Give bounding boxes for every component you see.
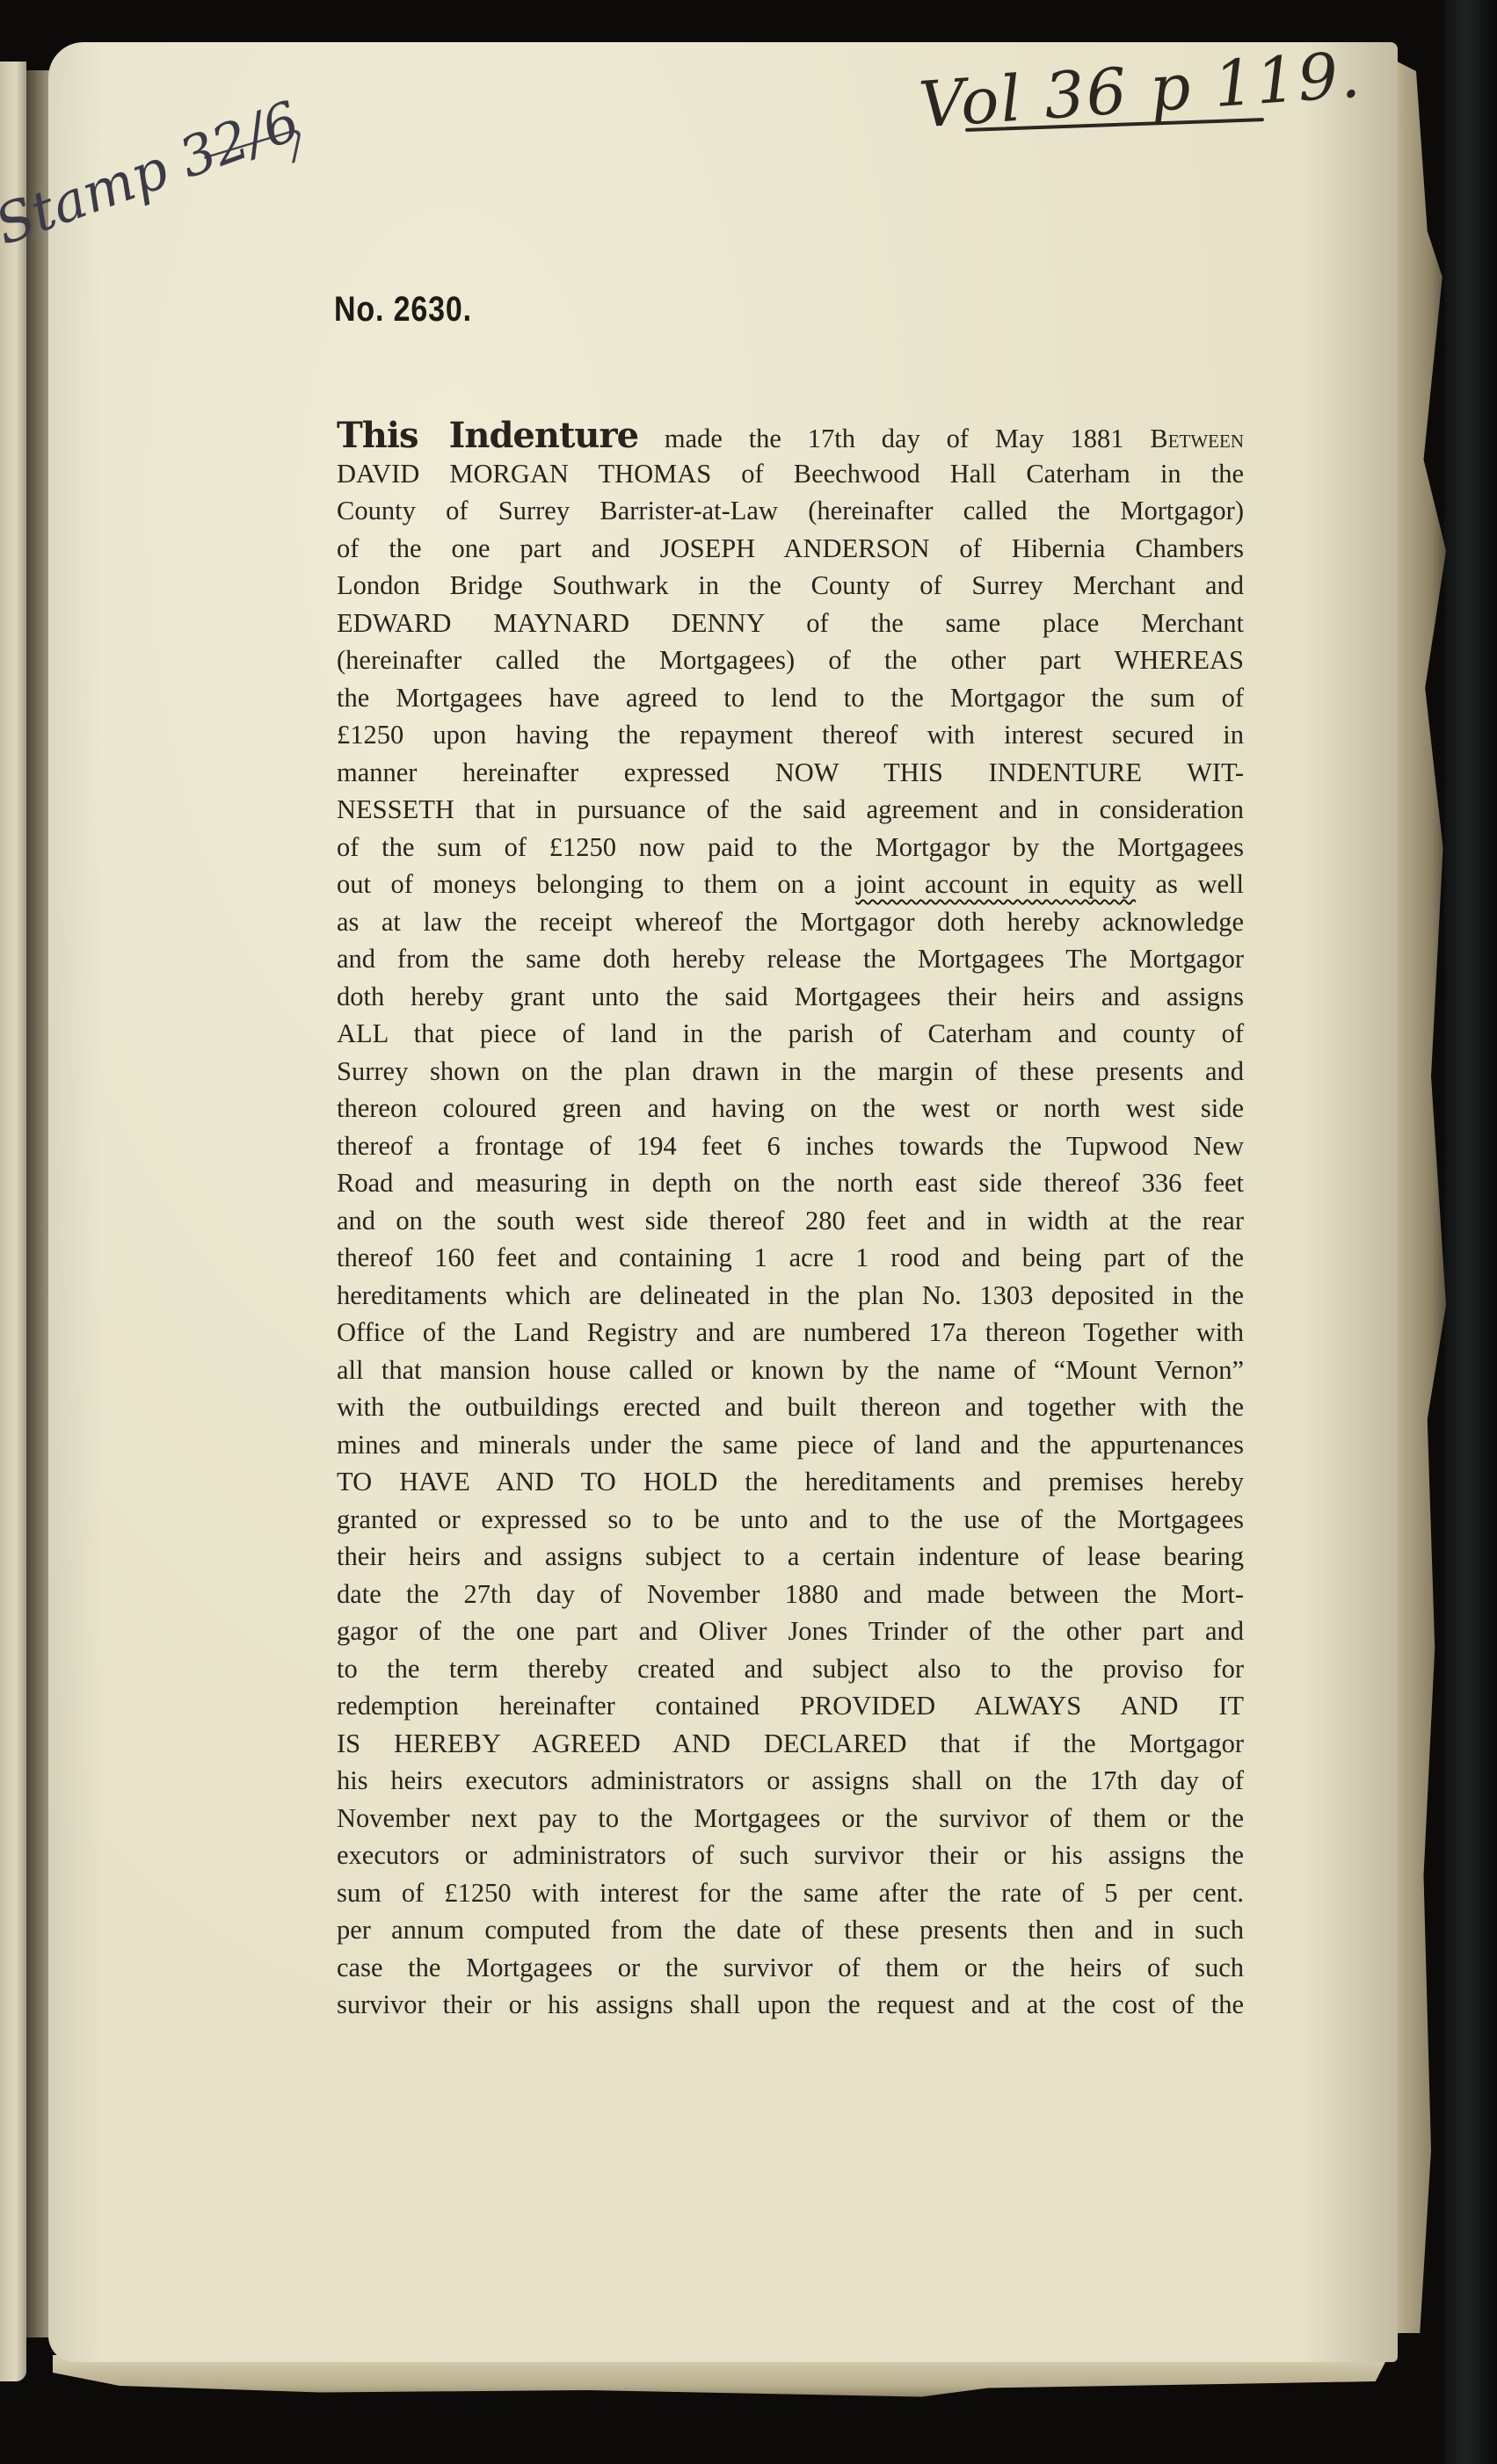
book-binding <box>1444 0 1497 2464</box>
text-line: manner hereinafter expressed NOW THIS IN… <box>337 754 1244 792</box>
text-line: gagor of the one part and Oliver Jones T… <box>337 1612 1244 1650</box>
text-line: and from the same doth hereby release th… <box>337 940 1244 978</box>
text-line: out of moneys belonging to them on a joi… <box>337 866 1244 903</box>
text-segment: out of moneys belonging to them on a <box>337 869 856 899</box>
text-line: £1250 upon having the repayment thereof … <box>337 716 1244 754</box>
text-line: per annum computed from the date of thes… <box>337 1911 1244 1949</box>
text-line: (hereinafter called the Mortgagees) of t… <box>337 641 1244 679</box>
text-line: thereof a frontage of 194 feet 6 inches … <box>337 1127 1244 1165</box>
handwritten-underlined-phrase: joint account in equity <box>856 869 1136 899</box>
text-line: TO HAVE AND TO HOLD the hereditaments an… <box>337 1463 1244 1501</box>
text-line: of the one part and JOSEPH ANDERSON of H… <box>337 530 1244 568</box>
text-line: the Mortgagees have agreed to lend to th… <box>337 679 1244 717</box>
text-line: hereditaments which are delineated in th… <box>337 1277 1244 1315</box>
text-line: NESSETH that in pursuance of the said ag… <box>337 791 1244 829</box>
text-line: mines and minerals under the same piece … <box>337 1426 1244 1464</box>
text-line: case the Mortgagees or the survivor of t… <box>337 1949 1244 1987</box>
document-number: No. 2630. <box>334 290 472 330</box>
text-line: to the term thereby created and subject … <box>337 1650 1244 1688</box>
text-line: of the sum of £1250 now paid to the Mort… <box>337 829 1244 866</box>
text-segment: made the 17th day of May 1881 <box>638 424 1150 453</box>
text-line: London Bridge Southwark in the County of… <box>337 567 1244 605</box>
text-line: ALL that piece of land in the parish of … <box>337 1015 1244 1053</box>
text-line: their heirs and assigns subject to a cer… <box>337 1538 1244 1576</box>
text-line: thereof 160 feet and containing 1 acre 1… <box>337 1239 1244 1277</box>
text-line: IS HEREBY AGREED AND DECLARED that if th… <box>337 1725 1244 1763</box>
text-line: granted or expressed so to be unto and t… <box>337 1501 1244 1539</box>
text-line: executors or administrators of such surv… <box>337 1837 1244 1874</box>
text-line: and on the south west side thereof 280 f… <box>337 1202 1244 1240</box>
heading-blackletter: This Indenture <box>337 415 638 456</box>
text-segment: as well <box>1136 869 1244 899</box>
indenture-body: This Indenture made the 17th day of May … <box>337 417 1244 2024</box>
text-line: DAVID MORGAN THOMAS of Beechwood Hall Ca… <box>337 455 1244 493</box>
facing-page-edge <box>0 62 26 2381</box>
text-line: all that mansion house called or known b… <box>337 1352 1244 1389</box>
text-line: Road and measuring in depth on the north… <box>337 1164 1244 1202</box>
text-segment: Between <box>1150 424 1244 453</box>
text-line: Office of the Land Registry and are numb… <box>337 1314 1244 1352</box>
text-line: County of Surrey Barrister-at-Law (herei… <box>337 492 1244 530</box>
text-line: November next pay to the Mortgagees or t… <box>337 1800 1244 1837</box>
text-line: thereon coloured green and having on the… <box>337 1090 1244 1127</box>
text-line: sum of £1250 with interest for the same … <box>337 1874 1244 1912</box>
text-line: EDWARD MAYNARD DENNY of the same place M… <box>337 605 1244 642</box>
text-line: his heirs executors administrators or as… <box>337 1762 1244 1800</box>
text-line: survivor their or his assigns shall upon… <box>337 1986 1244 2024</box>
text-line: Surrey shown on the plan drawn in the ma… <box>337 1053 1244 1091</box>
text-line: redemption hereinafter contained PROVIDE… <box>337 1687 1244 1725</box>
text-line: date the 27th day of November 1880 and m… <box>337 1576 1244 1613</box>
text-line: as at law the receipt whereof the Mortga… <box>337 903 1244 941</box>
text-line: This Indenture made the 17th day of May … <box>337 417 1244 455</box>
text-line: with the outbuildings erected and built … <box>337 1388 1244 1426</box>
text-line: doth hereby grant unto the said Mortgage… <box>337 978 1244 1016</box>
